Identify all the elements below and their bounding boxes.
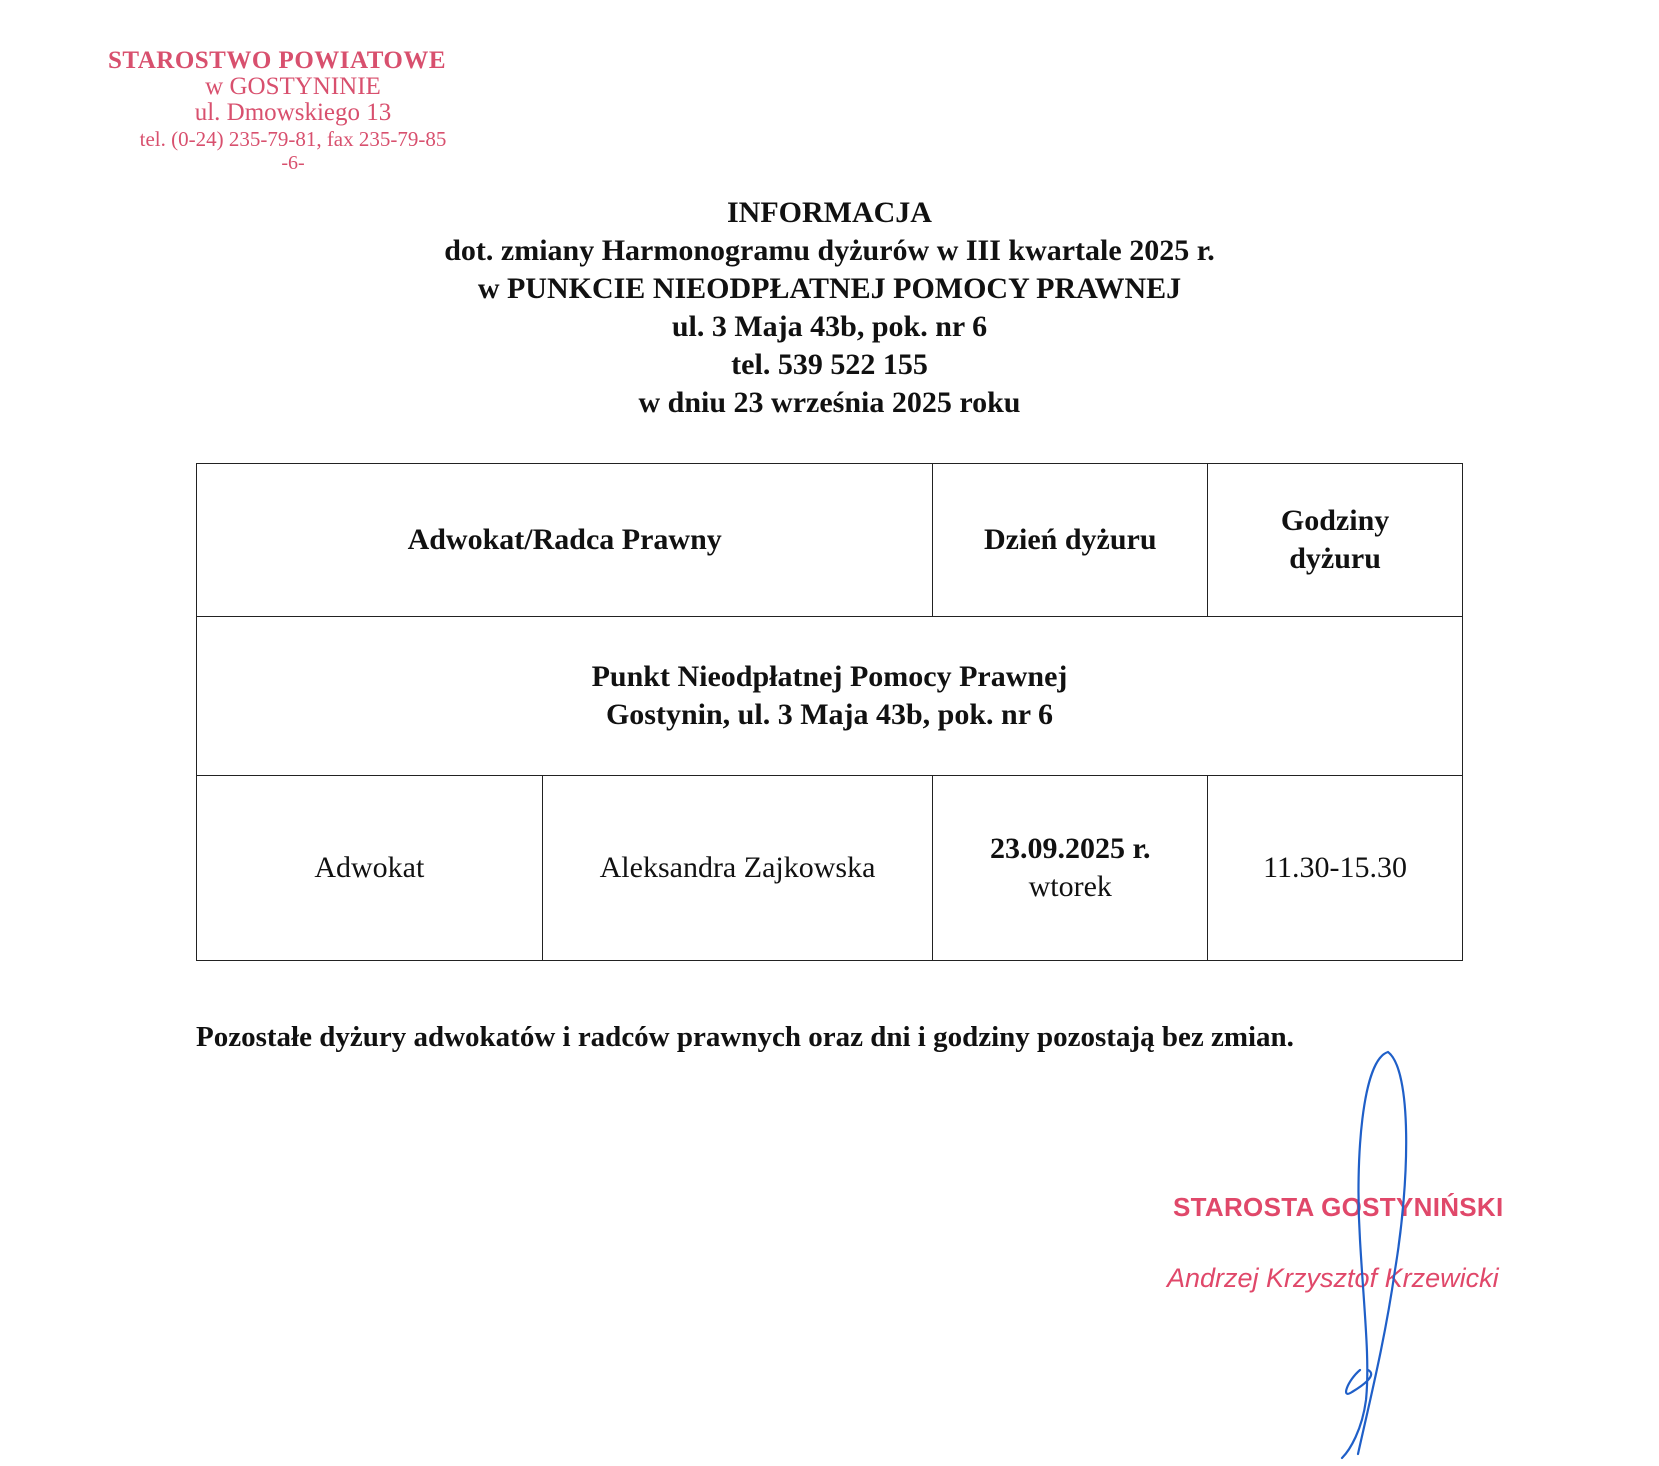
cell-date-value: 23.09.2025 r. <box>933 830 1207 868</box>
header-line-2: w PUNKCIE NIEODPŁATNEJ POMOCY PRAWNEJ <box>0 270 1659 308</box>
stamp-line-4: tel. (0-24) 235-79-81, fax 235-79-85 <box>108 126 478 152</box>
header-line-1: dot. zmiany Harmonogramu dyżurów w III k… <box>0 232 1659 270</box>
office-stamp: STAROSTWO POWIATOWE w GOSTYNINIE ul. Dmo… <box>108 48 478 174</box>
document-header: INFORMACJA dot. zmiany Harmonogramu dyżu… <box>0 194 1659 422</box>
cell-name: Aleksandra Zajkowska <box>542 776 933 961</box>
header-line-3: ul. 3 Maja 43b, pok. nr 6 <box>0 308 1659 346</box>
column-header-day: Dzień dyżuru <box>933 464 1208 617</box>
stamp-line-5: -6- <box>108 152 478 174</box>
cell-hours: 11.30-15.30 <box>1208 776 1463 961</box>
stamp-line-3: ul. Dmowskiego 13 <box>108 100 478 126</box>
column-header-hours-line-1: Godziny <box>1208 502 1462 540</box>
column-header-hours: Godziny dyżuru <box>1208 464 1463 617</box>
cell-date: 23.09.2025 r. wtorek <box>933 776 1208 961</box>
cell-weekday: wtorek <box>933 868 1207 906</box>
location-line-1: Punkt Nieodpłatnej Pomocy Prawnej <box>197 658 1462 696</box>
schedule-table: Adwokat/Radca Prawny Dzień dyżuru Godzin… <box>196 463 1463 961</box>
table-header-row: Adwokat/Radca Prawny Dzień dyżuru Godzin… <box>197 464 1463 617</box>
header-line-4: tel. 539 522 155 <box>0 346 1659 384</box>
stamp-line-2: w GOSTYNINIE <box>108 74 478 100</box>
header-line-5: w dniu 23 września 2025 roku <box>0 384 1659 422</box>
document-title: INFORMACJA <box>0 194 1659 232</box>
column-header-hours-line-2: dyżuru <box>1208 540 1462 578</box>
location-row: Punkt Nieodpłatnej Pomocy Prawnej Gostyn… <box>197 617 1463 776</box>
column-header-lawyer: Adwokat/Radca Prawny <box>197 464 933 617</box>
table-row: Adwokat Aleksandra Zajkowska 23.09.2025 … <box>197 776 1463 961</box>
location-cell: Punkt Nieodpłatnej Pomocy Prawnej Gostyn… <box>197 617 1463 776</box>
cell-role: Adwokat <box>197 776 543 961</box>
stamp-line-1: STAROSTWO POWIATOWE <box>108 48 478 74</box>
closing-note: Pozostałe dyżury adwokatów i radców praw… <box>196 1021 1294 1054</box>
handwritten-signature-icon <box>1300 1040 1420 1460</box>
location-line-2: Gostynin, ul. 3 Maja 43b, pok. nr 6 <box>197 696 1462 734</box>
